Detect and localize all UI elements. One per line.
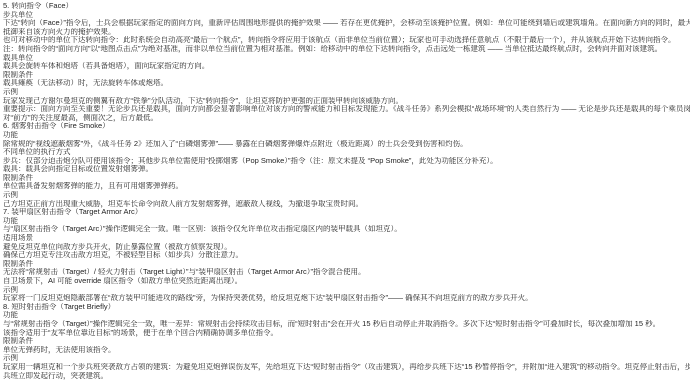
text-line: 示例 <box>3 354 690 363</box>
text-line: 功能 <box>3 217 690 226</box>
text-line: 与“扇区射击指令（Target Arc）”操作逻辑完全一致。唯一区别：该指令仅允… <box>3 225 690 234</box>
document-page: 5. 转向指令（Face）步兵单位下达“转向（Face）”指令后，士兵会根据玩家… <box>0 0 690 387</box>
text-line: 步兵单位 <box>3 11 690 20</box>
text-line: 限制条件 <box>3 71 690 80</box>
section-title: 7. 装甲扇区射击指令（Target Armor Arc） <box>3 208 690 217</box>
text-line: 自卫场景下，AI 可能 override 扇区指令（如敌方单位突然近距离出现）。 <box>3 277 690 286</box>
text-line: 载具：载具会向指定目标或位置发射烟雾弹。 <box>3 165 690 174</box>
text-line: 除常规的“视线遮蔽烟雾”外，《战斗任务 2》还加入了“白磷烟雾弹”—— 暴露在白… <box>3 140 690 149</box>
text-line: 示例 <box>3 286 690 295</box>
text-line: 避免反坦克单位向敌方步兵开火，防止暴露位置（被敌方侦察发现）。 <box>3 243 690 252</box>
text-line: 功能 <box>3 131 690 140</box>
text-line: 对“前方”的关注度最高，侧面次之，后方最低。 <box>3 114 690 123</box>
text-line: 玩家将一门反坦克炮隐蔽部署在“敌方装甲可能进攻的路线”旁，为保持突袭优势，给反坦… <box>3 294 690 303</box>
text-line: 功能 <box>3 311 690 320</box>
text-line: 载具会旋转车体和炮塔（若具备炮塔），面向玩家指定的方向。 <box>3 62 690 71</box>
text-line: 限制条件 <box>3 174 690 183</box>
text-line: 玩家用一辆坦克和一个步兵班突袭敌方占领的建筑：为避免坦克炮弹误伤友军，先给坦克下… <box>3 363 690 372</box>
text-line: 载具瘫痪（无法移动）时，无法旋转车体或炮塔。 <box>3 79 690 88</box>
text-line: 重要提示：面向方向至关重要！无论步兵还是载具，面向方向都会显著影响单位对该方向的… <box>3 105 690 114</box>
section-title: 5. 转向指令（Face） <box>3 2 690 11</box>
text-line: 己方坦克正前方出现重大威胁，坦克车长命令向敌人前方发射烟雾弹，遮蔽敌人视线，为撤… <box>3 200 690 209</box>
text-line: 抵御来自该方向火力的掩护效果。 <box>3 28 690 37</box>
text-line: 适用场景 <box>3 234 690 243</box>
text-line: 单位需具备发射烟雾弹的能力，且有可用烟雾弹弹药。 <box>3 182 690 191</box>
text-line: 玩家发现己方谢尔曼坦克的侧翼有敌方“铁拳”分队活动，下达“转向指令”，让坦克将防… <box>3 97 690 106</box>
text-line: 确保己方坦克专注攻击敌方坦克，不被轻型目标（如步兵）分散注意力。 <box>3 251 690 260</box>
text-line: 限制条件 <box>3 260 690 269</box>
text-line: 也可对移动中的单位下达转向指令：此时系统会自动高亮“最后一个航点”，转向指令将应… <box>3 36 690 45</box>
text-line: 下达“转向（Face）”指令后，士兵会根据玩家指定的面向方向，重新评估周围地形提… <box>3 19 690 28</box>
text-line: 该指令适用于“友军单位靠近目标”的场景，便于在单个回合内精确协调多单位指令。 <box>3 329 690 338</box>
document-text: 5. 转向指令（Face）步兵单位下达“转向（Face）”指令后，士兵会根据玩家… <box>3 2 690 380</box>
text-line: 示例 <box>3 88 690 97</box>
section-title: 6. 烟雾射击指令（Fire Smoke） <box>3 122 690 131</box>
text-line: 单位无弹药时，无法使用该指令。 <box>3 346 690 355</box>
text-line: 步兵：仅部分迫击炮分队可使用该指令；其他步兵单位需使用“投掷烟雾（Pop Smo… <box>3 157 690 166</box>
text-line: 与“常规射击指令（Target）”操作逻辑完全一致，唯一差异：常规射击会持续攻击… <box>3 320 690 329</box>
text-line: 示例 <box>3 191 690 200</box>
text-line: 兵班立即发起行动，突袭建筑。 <box>3 372 690 381</box>
text-line: 无法将“常规射击（Target）/ 轻火力射击（Target Light）”与“… <box>3 268 690 277</box>
text-line: 限制条件 <box>3 337 690 346</box>
section-title: 8. 短时射击指令（Target Briefly） <box>3 303 690 312</box>
text-line: 载具单位 <box>3 54 690 63</box>
text-line: 注：转向指令的“面向方向”以“地图点击点”为绝对基准，而非以单位当前位置为相对基… <box>3 45 690 54</box>
text-line: 不同单位的执行方式 <box>3 148 690 157</box>
